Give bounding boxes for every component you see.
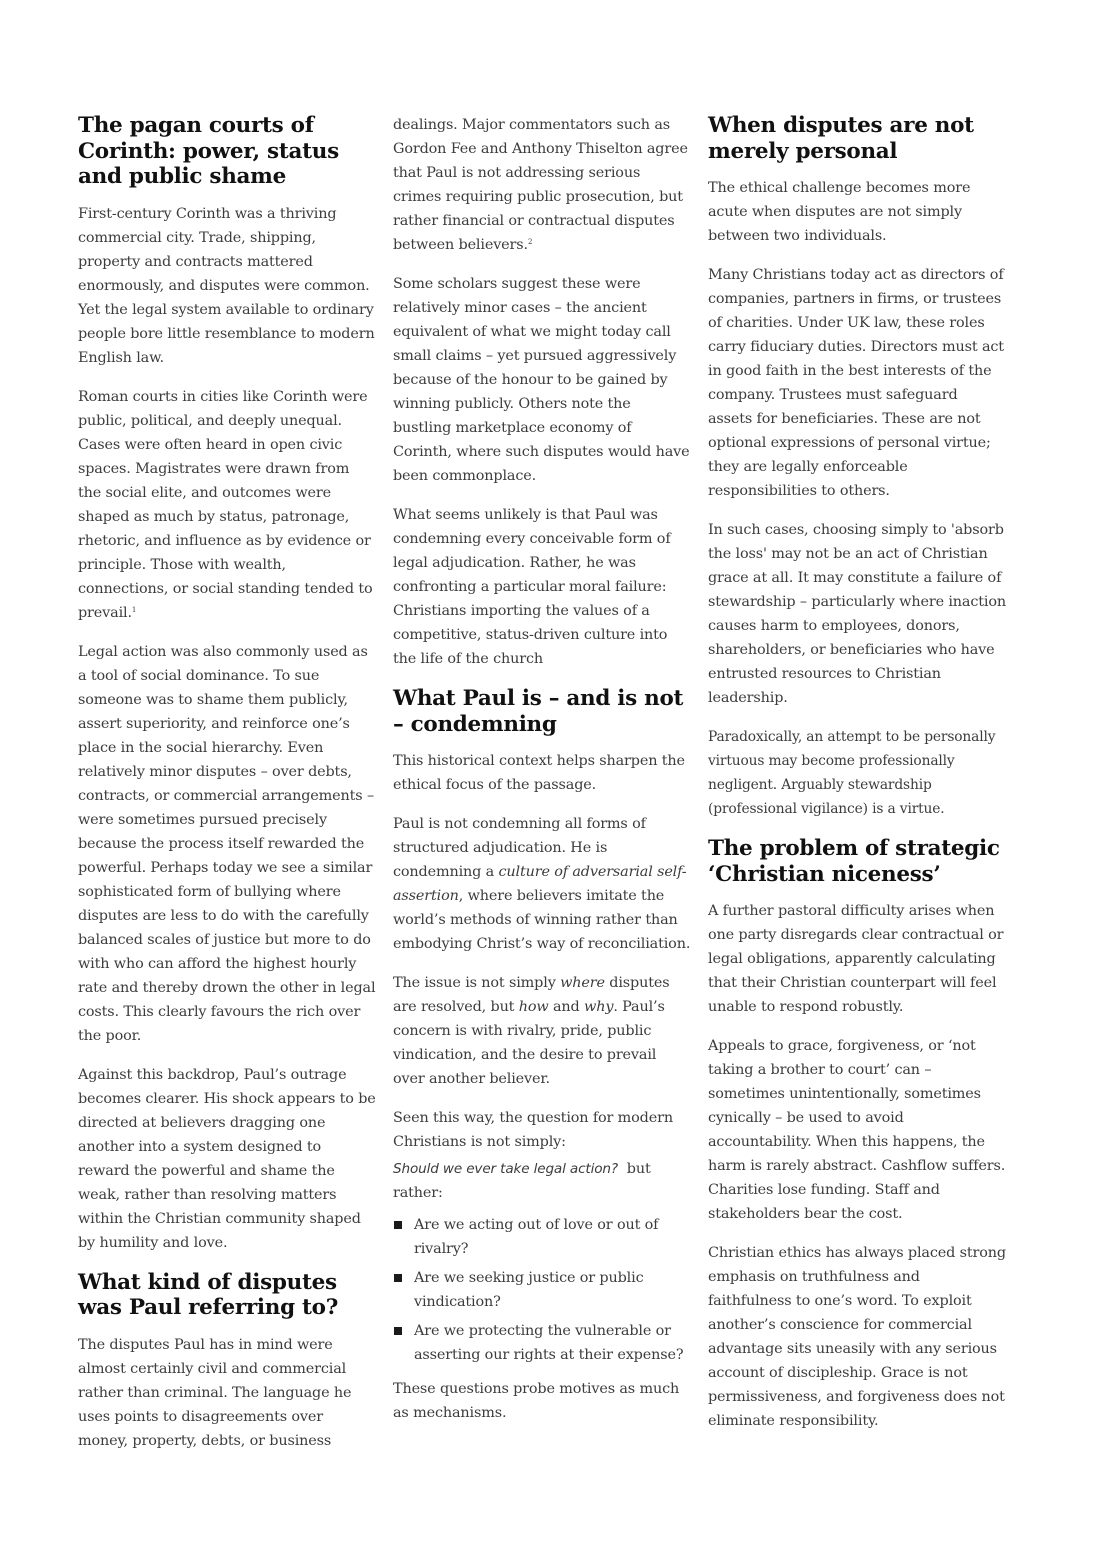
footnote-marker[interactable]: 1 [132,606,136,614]
paragraph: What seems unlikely is that Paul was con… [393,503,691,671]
square-bullet-icon [394,1274,402,1282]
paragraph: Legal action was also commonly used as a… [78,640,376,1048]
paragraph: A further pastoral difficulty arises whe… [708,899,1006,1019]
column-middle: dealings. Major commentators such as Gor… [393,113,691,1440]
section-heading: The pagan courts of Corinth: power, stat… [78,113,376,190]
list-item-text: Are we protecting the vulnerable or asse… [414,1323,683,1363]
square-bullet-icon [394,1327,402,1335]
question-list: Are we acting out of love or out of riva… [393,1213,691,1367]
paragraph: This historical context helps sharpen th… [393,749,691,797]
paragraph: The ethical challenge becomes more acute… [708,176,1006,248]
square-bullet-icon [394,1221,402,1229]
paragraph: In such cases, choosing simply to 'absor… [708,518,1006,710]
text: The issue is not simply [393,975,560,991]
paragraph: Some scholars suggest these were relativ… [393,272,691,488]
paragraph: dealings. Major commentators such as Gor… [393,113,691,257]
footnote-marker[interactable]: 2 [528,238,532,246]
paragraph: Should we ever take legal action? but ra… [393,1157,691,1205]
paragraph: Paradoxically, an attempt to be personal… [708,725,1006,821]
section-heading: The problem of strategic ‘Christian nice… [708,836,1006,887]
emphasis-text: where [560,975,605,991]
section-heading: What kind of disputes was Paul referring… [78,1270,376,1321]
emphasis-text: Should we ever take legal action? [393,1161,618,1177]
list-item-text: Are we acting out of love or out of riva… [414,1217,658,1257]
list-item: Are we seeking justice or public vindica… [393,1266,691,1314]
paragraph: Roman courts in cities like Corinth were… [78,385,376,625]
emphasis-text: how [519,999,549,1015]
section-heading: What Paul is – and is not – condemning [393,686,691,737]
paragraph: Christian ethics has always placed stron… [708,1241,1006,1433]
list-item: Are we protecting the vulnerable or asse… [393,1319,691,1367]
paragraph: Many Christians today act as directors o… [708,263,1006,503]
paragraph-text: dealings. Major commentators such as Gor… [393,117,688,253]
paragraph: These questions probe motives as much as… [393,1377,691,1425]
column-left: The pagan courts of Corinth: power, stat… [78,113,376,1468]
section-heading: When disputes are not merely personal [708,113,1006,164]
paragraph: The disputes Paul has in mind were almos… [78,1333,376,1453]
list-item-text: Are we seeking justice or public vindica… [414,1270,644,1310]
paragraph: Against this backdrop, Paul’s outrage be… [78,1063,376,1255]
document-page: The pagan courts of Corinth: power, stat… [0,0,1095,1548]
paragraph: Appeals to grace, forgiveness, or ‘not t… [708,1034,1006,1226]
emphasis-text: why [584,999,613,1015]
paragraph: First-century Corinth was a thriving com… [78,202,376,370]
list-item: Are we acting out of love or out of riva… [393,1213,691,1261]
paragraph: The issue is not simply where disputes a… [393,971,691,1091]
column-right: When disputes are not merely personal Th… [708,113,1006,1448]
paragraph-text: Roman courts in cities like Corinth were… [78,389,373,621]
text: and [549,999,584,1015]
paragraph: Seen this way, the question for modern C… [393,1106,691,1154]
paragraph: Paul is not condemning all forms of stru… [393,812,691,956]
